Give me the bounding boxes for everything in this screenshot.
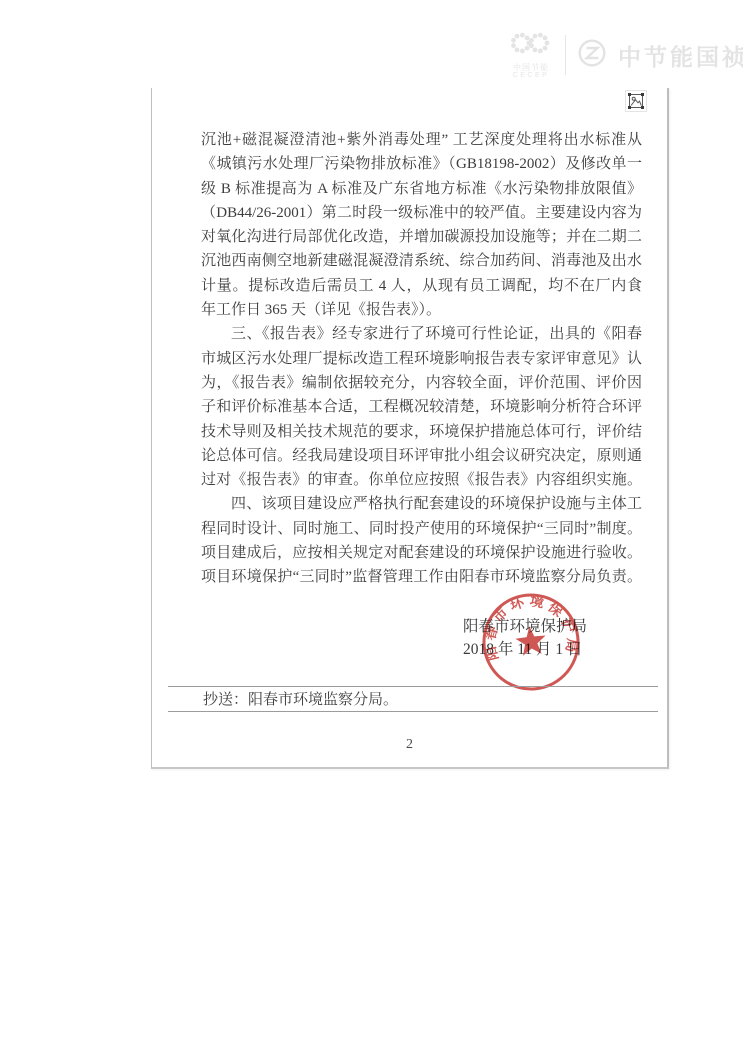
document-scan: 沉池+磁混凝澄清池+紫外消毒处理” 工艺深度处理将出水标准从《城镇污水处理厂污染… <box>151 88 669 769</box>
body-line: 市城区污水处理厂提标改造工程环境影响报告表专家评审意见》认 <box>201 347 642 371</box>
body-line: 计量。提标改造后需员工 4 人，从现有员工调配，均不在厂内食宿， <box>201 274 642 298</box>
body-line: （DB44/26-2001）第二时段一级标准中的较严值。主要建设内容为 <box>201 201 642 225</box>
footer-rule-bottom <box>168 711 658 712</box>
footer-rule-top <box>168 686 658 687</box>
document-body: 沉池+磁混凝澄清池+紫外消毒处理” 工艺深度处理将出水标准从《城镇污水处理厂污染… <box>201 128 642 590</box>
body-line: 级 B 标准提高为 A 标准及广东省地方标准《水污染物排放限值》 <box>201 177 642 201</box>
cecep-logo-block: 中国节能 CECEP <box>508 30 554 80</box>
body-line: 过对《报告表》的审查。你单位应按照《报告表》内容组织实施。 <box>201 468 642 492</box>
page-number: 2 <box>152 736 667 754</box>
guozhen-z-logo-icon <box>577 38 607 73</box>
body-line: 技术导则及相关技术规范的要求，环境保护措施总体可行，评价结 <box>201 420 642 444</box>
image-placeholder-icon[interactable] <box>625 90 647 112</box>
seal-star-icon <box>514 624 547 656</box>
official-seal: 阳春市环境保护局 <box>460 571 603 714</box>
body-line: 沉池+磁混凝澄清池+紫外消毒处理” 工艺深度处理将出水标准从 <box>201 128 642 152</box>
body-line: 论总体可信。经我局建设项目环评审批小组会议研究决定，原则通 <box>201 444 642 468</box>
cecep-label-cn: 中国节能 <box>513 63 549 72</box>
body-line: 沉池西南侧空地新建磁混凝澄清系统、综合加药间、消毒池及出水 <box>201 249 642 273</box>
page: 中国节能 CECEP 中节能国祯 <box>0 0 743 1051</box>
body-line: 为，《报告表》编制依据较充分，内容较全面，评价范围、评价因 <box>201 371 642 395</box>
brand-header: 中国节能 CECEP 中节能国祯 <box>508 30 743 80</box>
brand-name: 中节能国祯 <box>618 39 743 72</box>
cecep-label-en: CECEP <box>513 72 550 80</box>
body-line: 年工作日 365 天（详见《报告表》）。 <box>201 298 642 322</box>
body-line: 三、《报告表》经专家进行了环境可行性论证，出具的《阳春 <box>201 322 642 346</box>
body-line: 项目建成后，应按相关规定对配套建设的环境保护设施进行验收。 <box>201 541 642 565</box>
body-line: 《城镇污水处理厂污染物排放标准》（GB18198-2002）及修改单一 <box>201 152 642 176</box>
body-line: 子和评价标准基本合适，工程概况较清楚，环境影响分析符合环评 <box>201 395 642 419</box>
brand-divider <box>565 35 566 75</box>
body-line: 程同时设计、同时施工、同时投产使用的环境保护“三同时”制度。 <box>201 517 642 541</box>
cc-line: 抄送：阳春市环境监察分局。 <box>203 690 398 710</box>
cecep-rings-icon <box>509 30 553 61</box>
body-line: 四、该项目建设应严格执行配套建设的环境保护设施与主体工 <box>201 492 642 516</box>
body-line: 对氧化沟进行局部优化改造，并增加碳源投加设施等；并在二期二 <box>201 225 642 249</box>
